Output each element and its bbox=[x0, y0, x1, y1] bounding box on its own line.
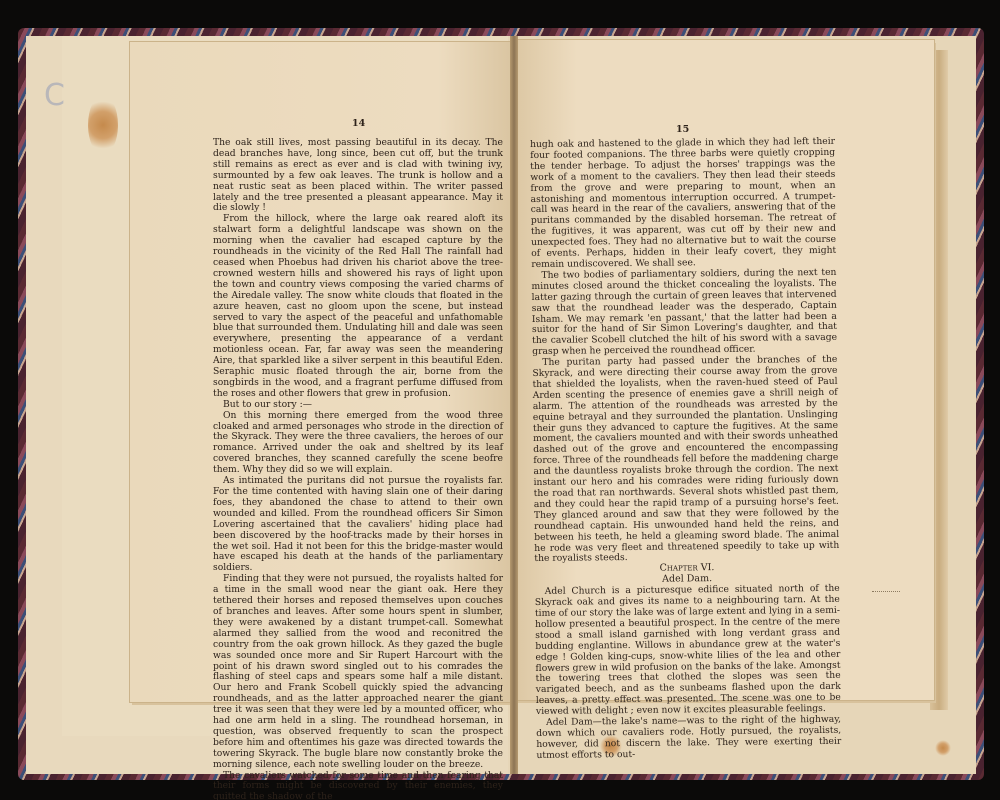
foxing-stain bbox=[935, 740, 951, 756]
left-page-text: The oak still lives, most passing beauti… bbox=[213, 138, 503, 800]
paragraph: On this morning there emerged from the w… bbox=[213, 411, 503, 476]
paragraph: The two bodies of parliamentary soldiers… bbox=[531, 268, 837, 358]
right-page-number: 15 bbox=[676, 124, 689, 135]
paragraph: hugh oak and hastened to the glade in wh… bbox=[530, 137, 836, 271]
book-gutter bbox=[510, 36, 518, 774]
paragraph: The cavaliers watched for some time and … bbox=[213, 771, 503, 800]
pencil-dots bbox=[872, 591, 900, 593]
pencil-mark: C bbox=[44, 78, 65, 113]
paragraph: From the hillock, where the large oak re… bbox=[213, 214, 503, 399]
right-page-text: hugh oak and hastened to the glade in wh… bbox=[530, 137, 841, 762]
paragraph: Adel Church is a picturesque edifice sit… bbox=[535, 584, 841, 718]
left-page-number: 14 bbox=[352, 118, 365, 129]
foxing-stain bbox=[88, 95, 118, 155]
paragraph: As intimated the puritans did not pursue… bbox=[213, 476, 503, 574]
paragraph: The oak still lives, most passing beauti… bbox=[213, 138, 503, 214]
paragraph: Adel Dam—the lake's name—was to the righ… bbox=[536, 715, 841, 762]
paragraph: The puritan party had passed under the b… bbox=[532, 355, 839, 565]
paragraph: Finding that they were not pursued, the … bbox=[213, 574, 503, 770]
